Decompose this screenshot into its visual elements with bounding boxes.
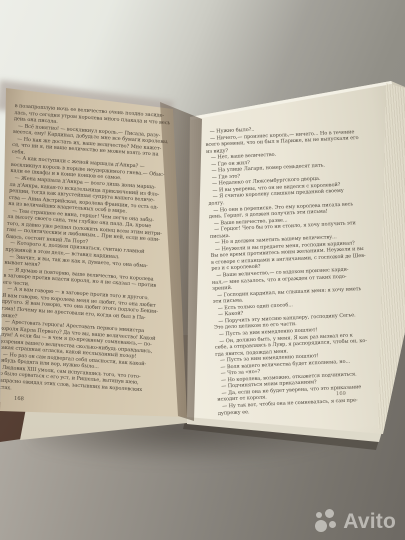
avito-watermark: Avito — [315, 509, 396, 533]
left-page-number: 168 — [14, 396, 24, 403]
left-page-text: в позапрошлую ночь ее величество очень п… — [0, 103, 167, 401]
listing-photo: в позапрошлую ночь ее величество очень п… — [0, 0, 405, 540]
right-page-number: 169 — [336, 391, 346, 397]
watermark-label: Avito — [343, 511, 396, 532]
avito-logo-icon — [315, 509, 339, 533]
right-page-text: — Нужно было?.. — Ничего,— произнес коро… — [205, 122, 376, 417]
